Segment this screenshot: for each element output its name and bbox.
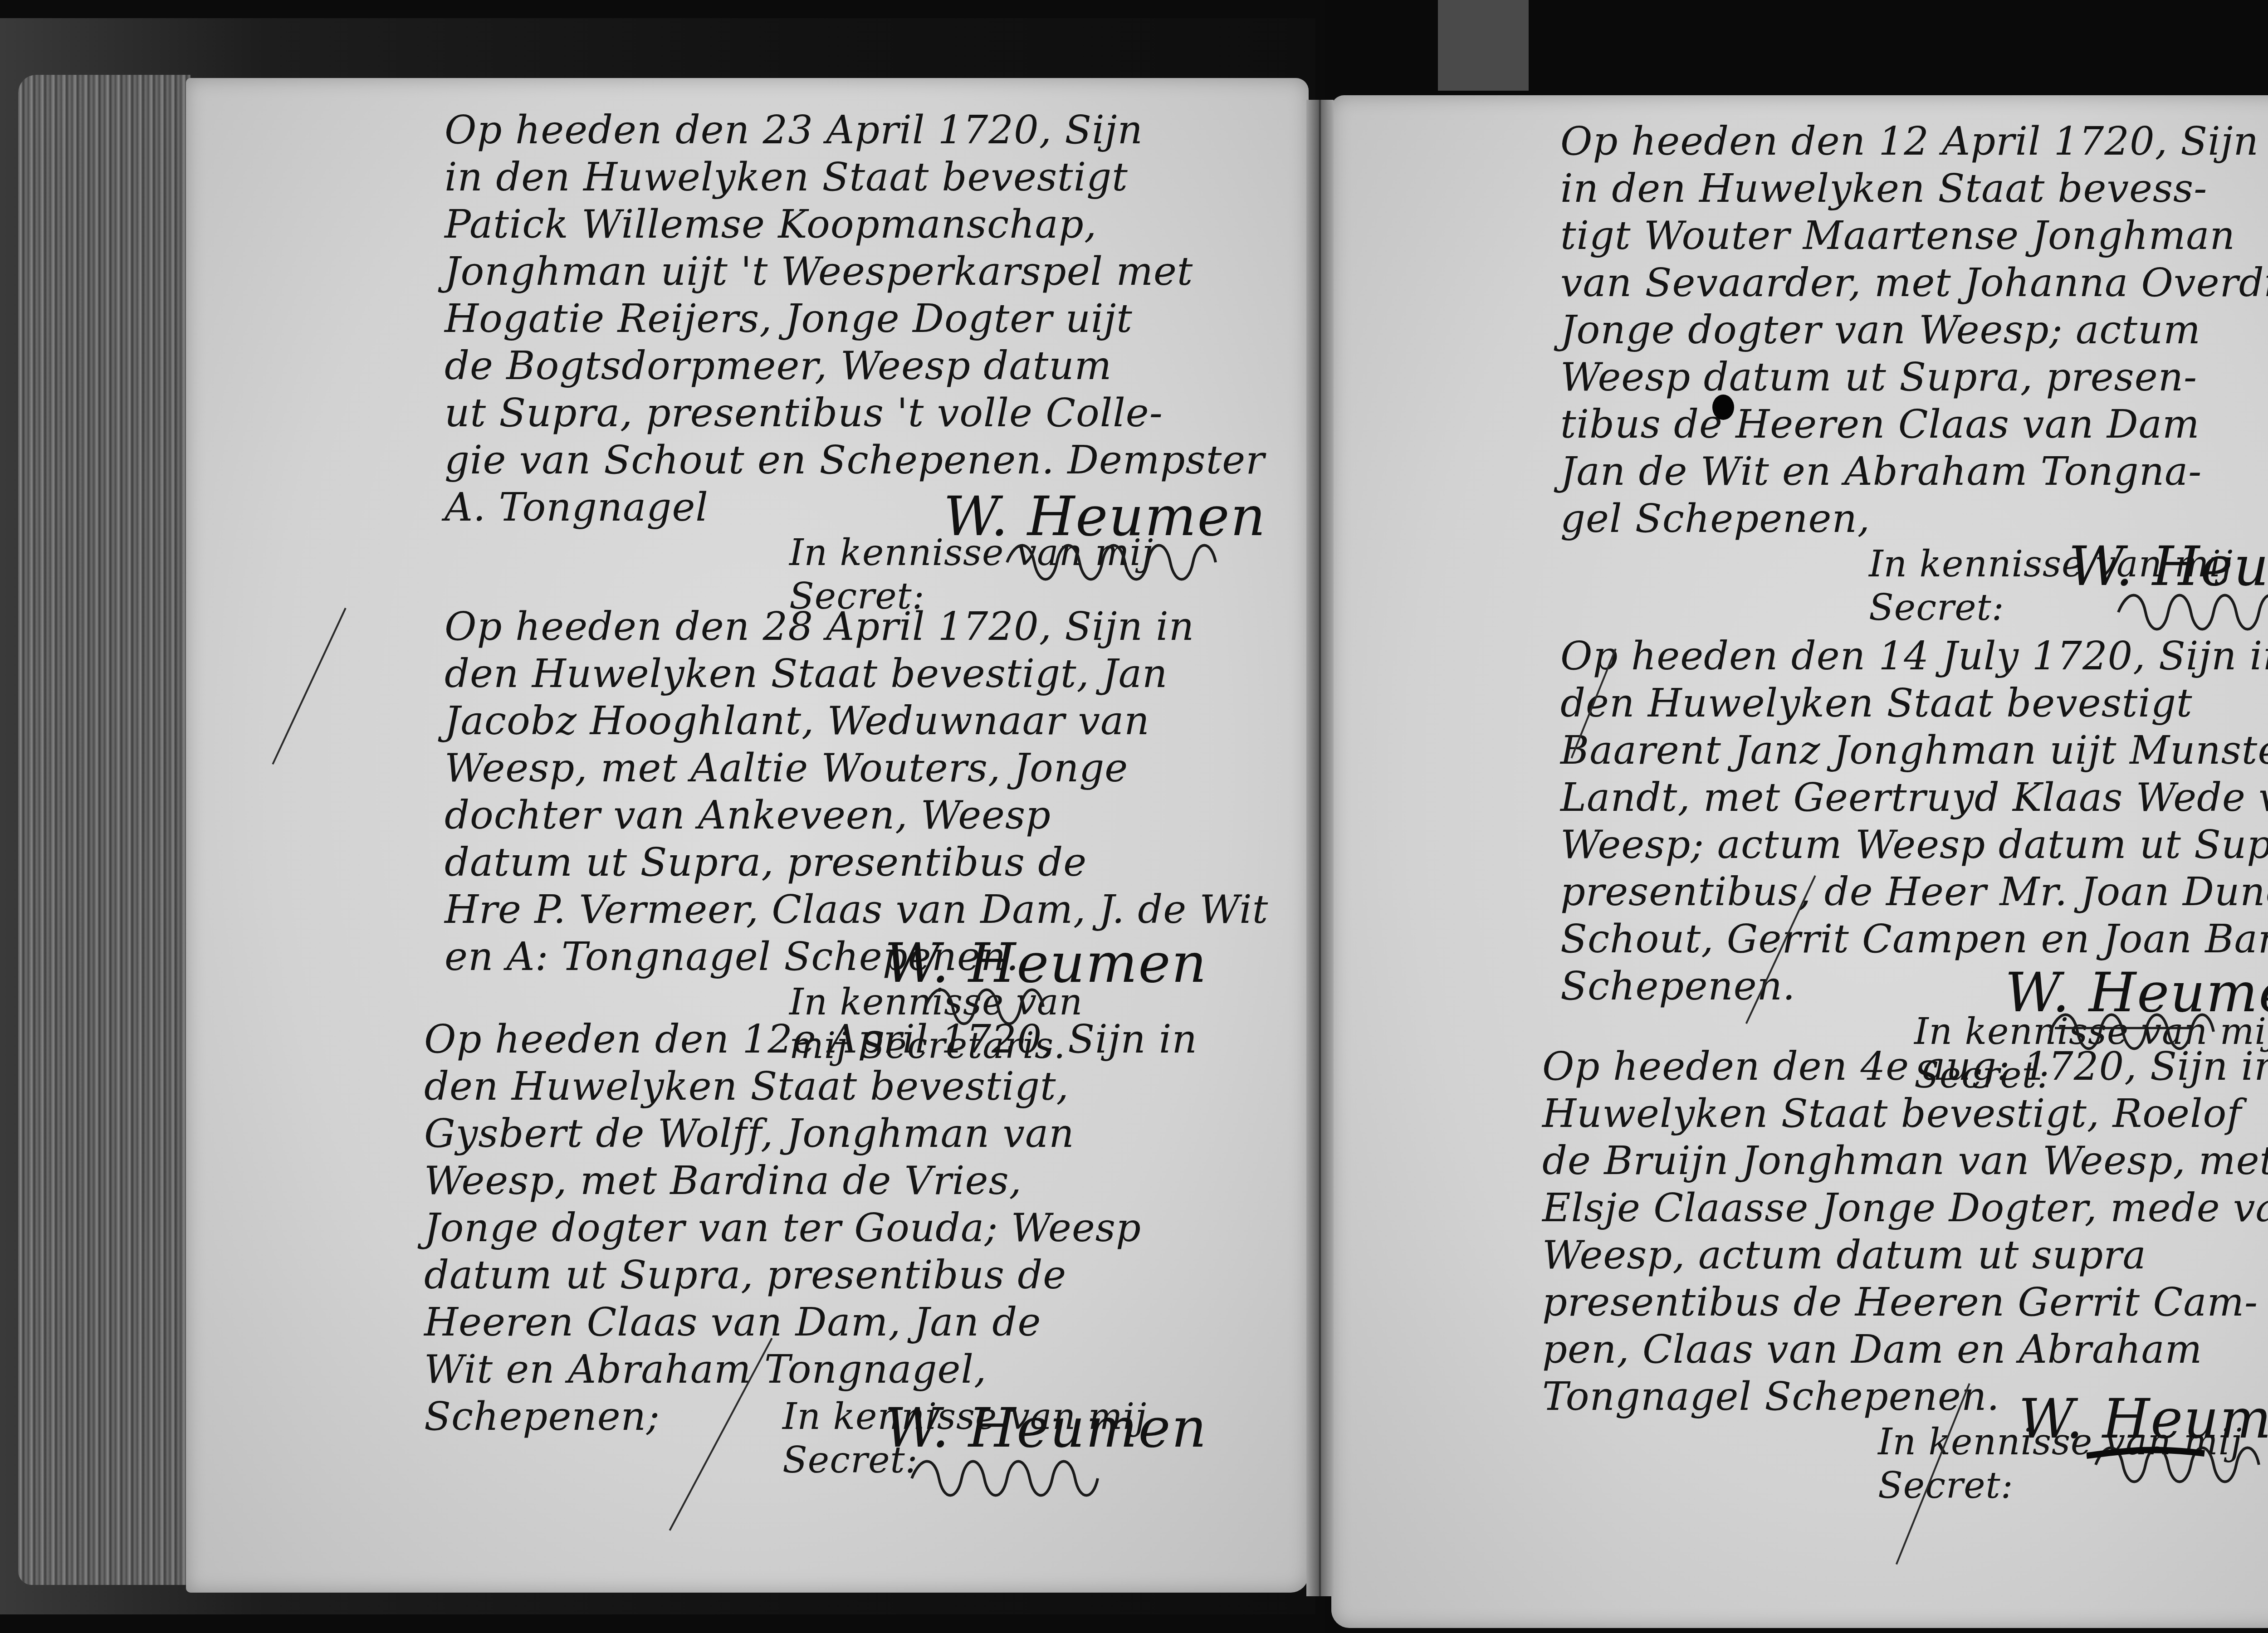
entry-line: Heeren Claas van Dam, Jan de [424,1299,1198,1346]
entry-line: Patick Willemse Koopmanschap, [445,201,1265,248]
entry-line: Wit en Abraham Tongnagel, [424,1346,1198,1393]
signature-flourish [2087,1438,2268,1492]
entry-line: tigt Wouter Maartense Jonghman [1560,212,2268,259]
entry-line: Op heeden den 4e aug: 1720, Sijn in den [1542,1043,2268,1090]
entry-line: dochter van Ankeveen, Weesp [445,792,1268,839]
left-page-stack [18,75,191,1585]
entry-line: Schout, Gerrit Campen en Joan Barrest, [1560,916,2268,963]
entry-line: Jonge dogter van Weesp; actum [1560,307,2268,354]
entry-line: presentibus de Heeren Gerrit Cam- [1542,1279,2268,1326]
entry-line: Huwelyken Staat bevestigt, Roelof [1542,1090,2268,1137]
entry-line: Hogatie Reijers, Jonge Dogter uijt [445,295,1265,342]
book-gutter [1306,100,1334,1596]
signature-flourish [2109,585,2268,639]
entry-line: Weesp, actum datum ut supra [1542,1232,2268,1279]
entry-line: in den Huwelyken Staat bevess- [1560,165,2268,212]
entry-line: presentibus, de Heer Mr. Joan Duncan [1560,868,2268,916]
entry-line: Op heeden den 12e April 1720, Sijn in [424,1016,1198,1063]
entry-line: den Huwelyken Staat bevestigt, Jan [445,650,1268,697]
clerk-signature: W. Heumen [885,1397,1207,1460]
signature-flourish [998,535,1234,590]
entry-line: Landt, met Geertruyd Klaas Wede van [1560,774,2268,821]
entry-line: ut Supra, presentibus 't volle Colle- [445,390,1265,437]
entry-line: Elsje Claasse Jonge Dogter, mede van [1542,1185,2268,1232]
entry-line: Jan de Wit en Abraham Tongna- [1560,448,2268,495]
entry-line: den Huwelyken Staat bevestigt, [424,1063,1198,1110]
entry-line: Baarent Janz Jonghman uijt Munster [1560,727,2268,774]
entry-line: Jonghman uijt 't Weesperkarspel met [445,248,1265,295]
entry-line: van Sevaarder, met Johanna Overdijk [1560,259,2268,307]
entry-line: Weesp datum ut Supra, presen- [1560,354,2268,401]
entry-line: Jonge dogter van ter Gouda; Weesp [424,1204,1198,1252]
signature-flourish [903,1451,1139,1506]
entry-line: Weesp, met Aaltie Wouters, Jonge [445,745,1268,792]
entry-line: tibus de Heeren Claas van Dam [1560,401,2268,448]
entry-line: datum ut Supra, presentibus de [445,839,1268,886]
entry-line: Op heeden den 14 July 1720, Sijn in [1560,633,2268,680]
entry-line: den Huwelyken Staat bevestigt [1560,680,2268,727]
entry-line: Weesp, met Bardina de Vries, [424,1157,1198,1204]
entry-line: Op heeden den 12 April 1720, Sijn [1560,118,2268,165]
entry-line: Jacobz Hooghlant, Weduwnaar van [445,697,1268,745]
ink-blot [1712,395,1734,420]
entry-line: gie van Schout en Schepenen. Dempster [445,437,1265,484]
entry-line: de Bruijn Jonghman van Weesp, met [1542,1137,2268,1185]
entry-line: in den Huwelyken Staat bevestigt [445,154,1265,201]
entry-line: de Bogtsdorpmeer, Weesp datum [445,342,1265,390]
entry-line: pen, Claas van Dam en Abraham [1542,1326,2268,1373]
entry-line: datum ut Supra, presentibus de [424,1252,1198,1299]
entry-line: Op heeden den 28 April 1720, Sijn in [445,603,1268,650]
entry-line: Gysbert de Wolff, Jonghman van [424,1110,1198,1157]
backdrop-light-patch [1438,0,1529,91]
entry-line: Op heeden den 23 April 1720, Sijn [445,107,1265,154]
entry-line: Weesp; actum Weesp datum ut Supra [1560,821,2268,868]
entry-line: Hre P. Vermeer, Claas van Dam, J. de Wit [445,886,1268,933]
